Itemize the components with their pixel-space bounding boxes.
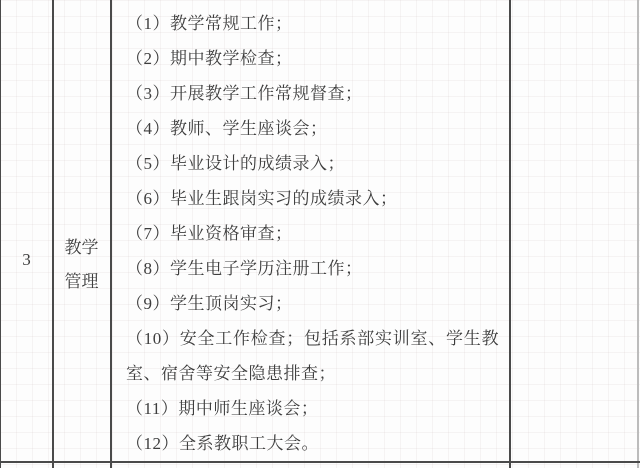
category-line-2: 管理 [54, 265, 109, 299]
category-cell: 教学 管理 [54, 231, 109, 299]
remarks-cell [511, 0, 637, 461]
task-item: （6）毕业生跟岗实习的成绩录入； [126, 181, 499, 216]
task-item: （3）开展教学工作常规督查； [126, 76, 499, 111]
row-number-cell: 3 [1, 248, 52, 272]
task-item: （7）毕业资格审查； [126, 216, 499, 251]
task-item: （12）全系教职工大会。 [126, 426, 499, 461]
task-item: （8）学生电子学历注册工作； [126, 251, 499, 286]
table-row-bottom-border [0, 461, 640, 463]
task-item: （1）教学常规工作； [126, 6, 499, 41]
task-item: （5）毕业设计的成绩录入； [126, 146, 499, 181]
tasks-cell: （1）教学常规工作； （2）期中教学检查； （3）开展教学工作常规督查； （4）… [112, 0, 509, 461]
task-item: （10）安全工作检查；包括系部实训室、学生教室、宿舍等安全隐患排查； [126, 321, 499, 391]
task-item: （11）期中师生座谈会； [126, 391, 499, 426]
task-item: （4）教师、学生座谈会； [126, 111, 499, 146]
row-number: 3 [22, 250, 31, 269]
category-line-1: 教学 [54, 231, 109, 265]
task-item: （9）学生顶岗实习； [126, 286, 499, 321]
table-border-right [637, 0, 639, 468]
task-item: （2）期中教学检查； [126, 41, 499, 76]
table-border-left [0, 0, 1, 468]
document-table-row: 3 教学 管理 （1）教学常规工作； （2）期中教学检查； （3）开展教学工作常… [0, 0, 640, 468]
